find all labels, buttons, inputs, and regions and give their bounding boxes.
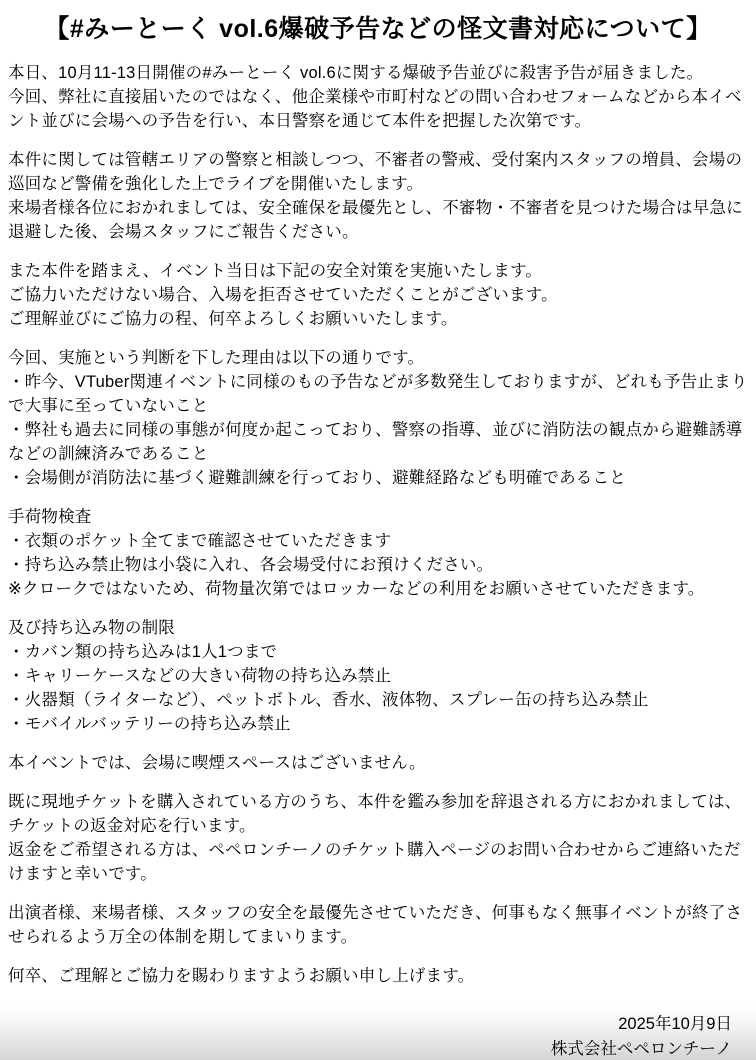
document-title: 【#みーとーく vol.6爆破予告などの怪文書対応について】 (8, 12, 748, 46)
footer-signature: 2025年10月9日 株式会社ペペロンチーノ (8, 1012, 748, 1060)
paragraph-ticket-refund: 既に現地チケットを購入されている方のうち、本件を鑑み参加を辞退される方におかれま… (8, 790, 748, 886)
paragraph-no-smoking: 本イベントでは、会場に喫煙スペースはございません。 (8, 751, 748, 775)
paragraph-decision-reasons: 今回、実施という判断を下した理由は以下の通りです。 ・昨今、VTuber関連イベ… (8, 346, 748, 490)
footer-date: 2025年10月9日 (8, 1012, 732, 1037)
paragraph-cooperation-request: また本件を踏まえ、イベント当日は下記の安全対策を実施いたします。 ご協力いただけ… (8, 259, 748, 331)
paragraph-threat-report: 本日、10月11-13日開催の#みーとーく vol.6に関する爆破予告並びに殺害… (8, 61, 748, 133)
paragraph-security-measures: 本件に関しては管轄エリアの警察と相談しつつ、不審者の警戒、受付案内スタッフの増員… (8, 148, 748, 244)
paragraph-item-restrictions: 及び持ち込み物の制限 ・カバン類の持ち込みは1人1つまで ・キャリーケースなどの… (8, 616, 748, 736)
footer-company-name: 株式会社ペペロンチーノ (8, 1037, 732, 1060)
paragraph-closing: 何卒、ご理解とご協力を賜わりますようお願い申し上げます。 (8, 964, 748, 988)
paragraph-baggage-inspection: 手荷物検査 ・衣類のポケット全てまで確認させていただきます ・持ち込み禁止物は小… (8, 505, 748, 601)
notice-document: 【#みーとーく vol.6爆破予告などの怪文書対応について】 本日、10月11-… (0, 0, 756, 1060)
paragraph-safety-commitment: 出演者様、来場者様、スタッフの安全を最優先させていただき、何事もなく無事イベント… (8, 901, 748, 949)
